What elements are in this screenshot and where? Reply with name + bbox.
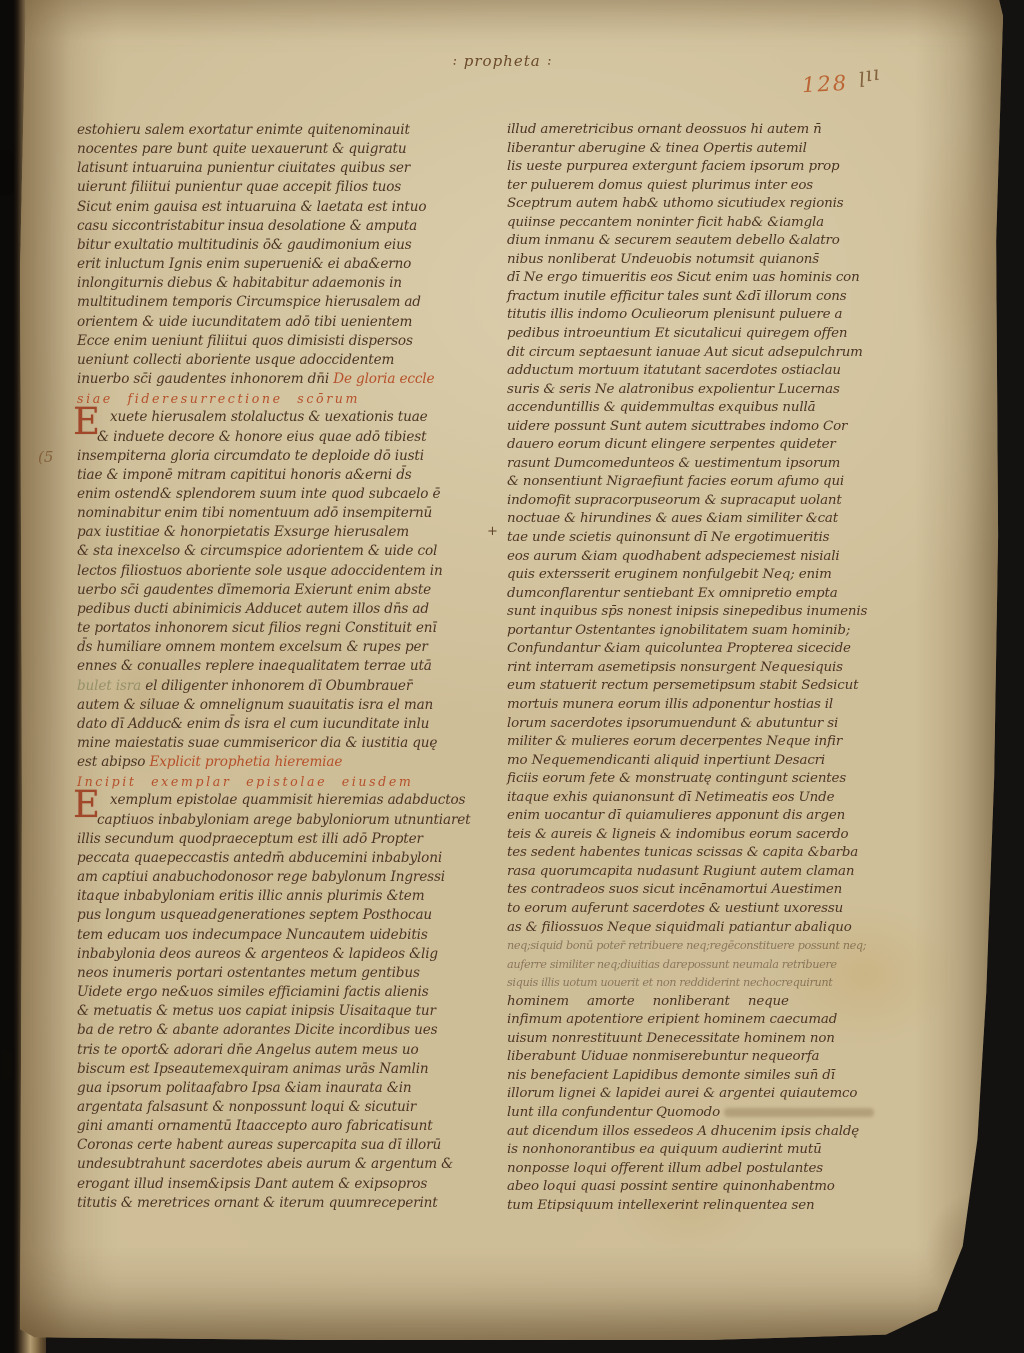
body-text: aut dicendum illos essedeos A dhucenim i…	[507, 1124, 859, 1139]
manuscript-line: auferre similiter neq;diuitias darepossu…	[507, 956, 947, 975]
body-text: uerbo sc̄i gaudentes dīmemoria Exierunt …	[77, 582, 431, 598]
manuscript-line: dato dī Adduc& enim d̄s isra el cum iucu…	[77, 715, 497, 734]
body-text: xemplum epistolae quammisit hieremias ad…	[110, 792, 465, 808]
manuscript-line: nonposse loqui offerent illum adbel post…	[507, 1160, 947, 1179]
body-text: teis & aureis & ligneis & indomibus eoru…	[507, 827, 848, 842]
body-text: xuete hierusalem stolaluctus & uexationi…	[110, 409, 428, 425]
manuscript-line: te portatos inhonorem sicut filios regni…	[77, 619, 497, 638]
manuscript-line: itaque exhis quianonsunt dī Netimeatis e…	[507, 789, 947, 808]
body-text: tum Etipsiquum intellexerint relinquente…	[507, 1198, 815, 1213]
body-text: mortuis munera eorum illis adponentur ho…	[507, 697, 833, 712]
manuscript-line: dī Ne ergo timueritis eos Sicut enim uas…	[507, 269, 947, 288]
manuscript-line: enim uocantur dī quiamulieres apponunt d…	[507, 807, 947, 826]
body-text: ba de retro & abante adorantes Dicite in…	[77, 1022, 438, 1038]
body-text: auferre similiter neq;diuitias darepossu…	[507, 958, 837, 971]
manuscript-line: latisunt intuaruina punientur ciuitates …	[77, 159, 497, 178]
manuscript-line: captiuos inbabyloniam arege babyloniorum…	[77, 811, 497, 830]
body-text: am captiui anabuchodonosor rege babylonu…	[77, 869, 445, 885]
manuscript-line: bulet isra el diligenter inhonorem dī Ob…	[77, 677, 497, 696]
manuscript-line: teis & aureis & ligneis & indomibus eoru…	[507, 826, 947, 845]
manuscript-line: uidere possunt Sunt autem sicuttrabes in…	[507, 418, 947, 437]
manuscript-line: & nonsentiunt Nigraefiunt facies eorum a…	[507, 473, 947, 492]
body-text: dauero eorum dicunt elingere serpentes q…	[507, 437, 836, 452]
body-text: Ecce enim ueniunt filiitui quos dimisist…	[77, 333, 413, 349]
manuscript-line: portantur Ostentantes ignobilitatem suam…	[507, 622, 947, 641]
manuscript-line: tem educam uos indecumpace Nuncautem uid…	[77, 926, 497, 945]
manuscript-line: illorum lignei & lapidei aurei & argente…	[507, 1085, 947, 1104]
text-column-right: illud ameretricibus ornant deossuos hi a…	[507, 121, 947, 1215]
body-text: itaque inbabyloniam eritis illic annis p…	[77, 888, 424, 904]
manuscript-line: Exuete hierusalem stolaluctus & uexation…	[77, 408, 497, 427]
body-text: nis benefacient Lapidibus demonte simile…	[507, 1068, 835, 1083]
manuscript-line: nocentes pare bunt quite uexauerunt & qu…	[77, 140, 497, 159]
manuscript-line: mine maiestatis suae cummisericor dia & …	[77, 734, 497, 753]
body-text: tes sedent habentes tunicas scissas & ca…	[507, 845, 858, 860]
manuscript-line: liberabunt Uiduae nonmiserebuntur nequeo…	[507, 1048, 947, 1067]
body-text: dit circum septaesunt ianuae Aut sicut a…	[507, 345, 863, 360]
manuscript-line: hominem amorte nonliberant neque	[507, 993, 947, 1012]
manuscript-line: eos aurum &iam quodhabent adspeciemest n…	[507, 548, 947, 567]
body-text: Sceptrum autem hab& uthomo sicutiudex re…	[507, 196, 843, 211]
body-text: uidere possunt Sunt autem sicuttrabes in…	[507, 419, 847, 434]
manuscript-line: rint interram asemetipsis nonsurgent Neq…	[507, 659, 947, 678]
manuscript-line: tes sedent habentes tunicas scissas & ca…	[507, 844, 947, 863]
manuscript-line: tes contradeos suos sicut incēnamortui A…	[507, 881, 947, 900]
manuscript-line: lunt illa confundentur Quomodo	[507, 1104, 947, 1123]
manuscript-line: est abipso Explicit prophetia hieremiae	[77, 753, 497, 772]
manuscript-line: pax iustitiae & honorpietatis Exsurge hi…	[77, 523, 497, 542]
manuscript-line: Uidete ergo ne&uos similes efficiamini f…	[77, 983, 497, 1002]
manuscript-line: rasunt Dumcomedunteos & uestimentum ipso…	[507, 455, 947, 474]
manuscript-line: Sceptrum autem hab& uthomo sicutiudex re…	[507, 195, 947, 214]
body-text: ter puluerem domus quiest plurimus inter…	[507, 178, 813, 193]
body-text: estohieru salem exortatur enimte quiteno…	[77, 122, 410, 138]
body-text: noctuae & hirundines & aues &iam similit…	[507, 511, 838, 526]
body-text: militer & mulieres eorum decerpentes Neq…	[507, 734, 842, 749]
manuscript-line: ba de retro & abante adorantes Dicite in…	[77, 1021, 497, 1040]
body-text: dī Ne ergo timueritis eos Sicut enim uas…	[507, 270, 860, 285]
body-text: biscum est Ipseautemexquiram animas urās…	[77, 1061, 429, 1077]
body-text: casu siccontristabitur insua desolatione…	[77, 218, 417, 234]
manuscript-line: am captiui anabuchodonosor rege babylonu…	[77, 868, 497, 887]
rubric-text: De gloria eccle	[333, 371, 434, 387]
manuscript-line: dauero eorum dicunt elingere serpentes q…	[507, 436, 947, 455]
body-text: neq;siquid bonū poter̄ retribuere neq;re…	[507, 939, 866, 952]
body-text: uisum nonrestituunt Denecessitate homine…	[507, 1031, 835, 1046]
body-text: infimum apotentiore eripient hominem cae…	[507, 1012, 837, 1027]
body-text: inbabylonia deos aureos & argenteos & la…	[77, 946, 438, 962]
manuscript-line: adductum mortuum itatutant sacerdotes os…	[507, 362, 947, 381]
body-text: tes contradeos suos sicut incēnamortui A…	[507, 882, 842, 897]
body-text: gini amanti ornamentū Itaaccepto auro fa…	[77, 1118, 433, 1134]
body-text: sunt inquibus sp̄s nonest inipsis sinepe…	[507, 604, 867, 619]
body-text: eum statuerit rectum persemetipsum stabi…	[507, 678, 858, 693]
body-text: & induete decore & honore eius quae adō …	[97, 429, 426, 445]
body-text: argentata falsasunt & nonpossunt loqui &…	[77, 1099, 416, 1115]
manuscript-line: mortuis munera eorum illis adponentur ho…	[507, 696, 947, 715]
manuscript-line: uierunt filiitui punientur quae accepit …	[77, 178, 497, 197]
body-text: est abipso	[77, 754, 150, 770]
body-text: rint interram asemetipsis nonsurgent Neq…	[507, 660, 843, 675]
body-text: portantur Ostentantes ignobilitatem suam…	[507, 623, 850, 638]
manuscript-line: illud ameretricibus ornant deossuos hi a…	[507, 121, 947, 140]
manuscript-line: tae unde scietis quinonsunt dī Ne ergoti…	[507, 529, 947, 548]
body-text: pax iustitiae & honorpietatis Exsurge hi…	[77, 524, 409, 540]
manuscript-line: fractum inutile efficitur tales sunt &dī…	[507, 288, 947, 307]
body-text: illorum lignei & lapidei aurei & argente…	[507, 1086, 857, 1101]
body-text: erogant illud insem&ipsis Dant autem & e…	[77, 1176, 427, 1192]
manuscript-line: erogant illud insem&ipsis Dant autem & e…	[77, 1175, 497, 1194]
manuscript-line: argentata falsasunt & nonpossunt loqui &…	[77, 1098, 497, 1117]
body-text: indomofit supracorpuseorum & supracaput …	[507, 493, 842, 508]
manuscript-line: Confundantur &iam quicoluntea Propterea …	[507, 640, 947, 659]
manuscript-line: pedibus ducti abinimicis Adducet autem i…	[77, 600, 497, 619]
manuscript-line: as & filiossuos Neque siquidmali patiant…	[507, 919, 947, 938]
manuscript-line: multitudinem temporis Circumspice hierus…	[77, 293, 497, 312]
manuscript-line: Incipit exemplar epistolae eiusdem	[77, 772, 497, 791]
body-text: Coronas certe habent aureas supercapita …	[77, 1137, 441, 1153]
manuscript-line: estohieru salem exortatur enimte quiteno…	[77, 121, 497, 140]
manuscript-line: aut dicendum illos essedeos A dhucenim i…	[507, 1123, 947, 1142]
manuscript-line: lectos filiostuos aboriente sole usque a…	[77, 562, 497, 581]
manuscript-line: illis secundum quodpraeceptum est illi a…	[77, 830, 497, 849]
manuscript-line: inbabylonia deos aureos & argenteos & la…	[77, 945, 497, 964]
body-text: as & filiossuos Neque siquidmali patiant…	[507, 920, 852, 935]
body-text: dato dī Adduc& enim d̄s isra el cum iucu…	[77, 716, 429, 732]
body-text: dumconflarentur sentiebant Ex omnipretio…	[507, 586, 838, 601]
manuscript-line: dium inmanu & securem seautem debello &a…	[507, 232, 947, 251]
manuscript-line: tum Etipsiquum intellexerint relinquente…	[507, 1197, 947, 1216]
body-text: orientem & uide iucunditatem adō tibi ue…	[77, 314, 412, 330]
body-text: inuerbo sc̄i gaudentes inhonorem dn̄i	[77, 371, 333, 387]
body-text: hominem amorte nonliberant neque	[507, 994, 789, 1009]
manuscript-line: neq;siquid bonū poter̄ retribuere neq;re…	[507, 937, 947, 956]
body-text: rasa quorumcapita nudasunt Rugiunt autem…	[507, 864, 854, 879]
body-text: enim ostend& splendorem suum inte quod s…	[77, 486, 440, 502]
manuscript-line: indomofit supracorpuseorum & supracaput …	[507, 492, 947, 511]
body-text: accenduntillis & quidemmultas exquibus n…	[507, 400, 815, 415]
body-text: multitudinem temporis Circumspice hierus…	[77, 294, 421, 310]
body-text: nocentes pare bunt quite uexauerunt & qu…	[77, 141, 406, 157]
rubric-text: Incipit exemplar epistolae eiusdem	[77, 774, 413, 789]
manuscript-line: uerbo sc̄i gaudentes dīmemoria Exierunt …	[77, 581, 497, 600]
manuscript-line: tiae & imponē mitram capititui honoris a…	[77, 466, 497, 485]
manuscript-line: itaque inbabyloniam eritis illic annis p…	[77, 887, 497, 906]
manuscript-line: nis benefacient Lapidibus demonte simile…	[507, 1067, 947, 1086]
manuscript-line: insempiterna gloria circumdato te deploi…	[77, 447, 497, 466]
manuscript-line: lorum sacerdotes ipsorumuendunt & abutun…	[507, 715, 947, 734]
body-text: enim uocantur dī quiamulieres apponunt d…	[507, 808, 845, 823]
manuscript-line: Exemplum epistolae quammisit hieremias a…	[77, 791, 497, 810]
manuscript-line: accenduntillis & quidemmultas exquibus n…	[507, 399, 947, 418]
body-text: quis extersserit eruginem nonfulgebit Ne…	[507, 567, 832, 582]
body-text: liberabunt Uiduae nonmiserebuntur nequeo…	[507, 1049, 819, 1064]
manuscript-line: titutis & meretrices ornant & iterum quu…	[77, 1194, 497, 1213]
folio-number: 128	[801, 71, 848, 97]
manuscript-line: pedibus introeuntium Et sicutalicui quir…	[507, 325, 947, 344]
manuscript-line: ueniunt collecti aboriente usque adoccid…	[77, 351, 497, 370]
body-text: inlongiturnis diebus & habitabitur adaem…	[77, 275, 402, 291]
margin-annotation: (5	[38, 448, 53, 466]
manuscript-line: rasa quorumcapita nudasunt Rugiunt autem…	[507, 863, 947, 882]
manuscript-line: infimum apotentiore eripient hominem cae…	[507, 1011, 947, 1030]
rubric-text: siae fideresurrectione scōrum	[77, 391, 360, 406]
manuscript-line: nibus nonliberat Undeuobis notumsit quia…	[507, 251, 947, 270]
body-text: lunt illa confundentur Quomodo	[507, 1105, 724, 1120]
manuscript-line: quiinse peccantem noninter ficit hab& &i…	[507, 214, 947, 233]
body-text: autem & siluae & omnelignum suauitatis i…	[77, 697, 433, 713]
body-text: is nonhonorantibus ea quiquum audierint …	[507, 1142, 822, 1157]
body-text: lorum sacerdotes ipsorumuendunt & abutun…	[507, 716, 838, 731]
body-text: bitur exultatio multitudinis ō& gaudimon…	[77, 237, 412, 253]
manuscript-line: lis ueste purpurea extergunt faciem ipso…	[507, 158, 947, 177]
body-text: pedibus ducti abinimicis Adducet autem i…	[77, 601, 429, 617]
manuscript-line: & induete decore & honore eius quae adō …	[77, 428, 497, 447]
body-text: lectos filiostuos aboriente sole usque a…	[77, 563, 443, 579]
manuscript-line: siquis illis uotum uouerit et non reddid…	[507, 974, 947, 993]
gutter-shadow-notch	[0, 150, 14, 196]
manuscript-line: Ecce enim ueniunt filiitui quos dimisist…	[77, 332, 497, 351]
manuscript-line: autem & siluae & omnelignum suauitatis i…	[77, 696, 497, 715]
body-text: ennes & conualles replere inaequalitatem…	[77, 658, 432, 674]
manuscript-line: pus longum usqueadgenerationes septem Po…	[77, 906, 497, 925]
body-text: te portatos inhonorem sicut filios regni…	[77, 620, 437, 636]
manuscript-line: Coronas certe habent aureas supercapita …	[77, 1136, 497, 1155]
body-text: adductum mortuum itatutant sacerdotes os…	[507, 363, 841, 378]
manuscript-line: Sicut enim gauisa est intuaruina & laeta…	[77, 198, 497, 217]
manuscript-line: & sta inexcelso & circumspice adorientem…	[77, 542, 497, 561]
manuscript-line: inlongiturnis diebus & habitabitur adaem…	[77, 274, 497, 293]
body-text: d̄s humiliare omnem montem excelsum & ru…	[77, 639, 428, 655]
body-text: lis ueste purpurea extergunt faciem ipso…	[507, 159, 839, 174]
manuscript-line: & metuatis & metus uos capiat inipsis Ui…	[77, 1002, 497, 1021]
body-text: ueniunt collecti aboriente usque adoccid…	[77, 352, 394, 368]
rubric-text: Explicit prophetia hieremiae	[150, 754, 343, 770]
text-column-left: estohieru salem exortatur enimte quiteno…	[77, 121, 497, 1213]
body-text: uierunt filiitui punientur quae accepit …	[77, 179, 401, 195]
body-text: liberantur aberugine & tinea Opertis aut…	[507, 141, 807, 156]
body-text: mine maiestatis suae cummisericor dia & …	[77, 735, 437, 751]
manuscript-line: casu siccontristabitur insua desolatione…	[77, 217, 497, 236]
body-text: pus longum usqueadgenerationes septem Po…	[77, 907, 432, 923]
body-text: bulet isra	[77, 678, 141, 694]
body-text: eos aurum &iam quodhabent adspeciemest n…	[507, 549, 840, 564]
body-text: dium inmanu & securem seautem debello &a…	[507, 233, 840, 248]
body-text: quiinse peccantem noninter ficit hab& &i…	[507, 215, 824, 230]
manuscript-line: d̄s humiliare omnem montem excelsum & ru…	[77, 638, 497, 657]
gutter-shadow-notch	[2, 1050, 12, 1080]
manuscript-line: eum statuerit rectum persemetipsum stabi…	[507, 677, 947, 696]
body-text: ficiis eorum fete & monstruatę contingun…	[507, 771, 846, 786]
running-title: ꞉ propheta ꞉	[452, 52, 552, 71]
body-text: tem educam uos indecumpace Nuncautem uid…	[77, 927, 428, 943]
body-text: tris te oport& adorari dn̄e Angelus aute…	[77, 1042, 419, 1058]
body-text: suris & seris Ne alatronibus expolientur…	[507, 382, 840, 397]
body-text: titutis & meretrices ornant & iterum quu…	[77, 1195, 438, 1211]
manuscript-line: noctuae & hirundines & aues &iam similit…	[507, 510, 947, 529]
body-text: mo Nequemendicanti aliquid inpertiunt De…	[507, 753, 825, 768]
manuscript-line: orientem & uide iucunditatem adō tibi ue…	[77, 313, 497, 332]
manuscript-line: inuerbo sc̄i gaudentes inhonorem dn̄i De…	[77, 370, 497, 389]
manuscript-line: liberantur aberugine & tinea Opertis aut…	[507, 140, 947, 159]
body-text: itaque exhis quianonsunt dī Netimeatis e…	[507, 790, 834, 805]
body-text: nonposse loqui offerent illum adbel post…	[507, 1161, 823, 1176]
manuscript-line: biscum est Ipseautemexquiram animas urās…	[77, 1060, 497, 1079]
manuscript-line: tris te oport& adorari dn̄e Angelus aute…	[77, 1041, 497, 1060]
body-text: to eorum auferunt sacerdotes & uestiunt …	[507, 901, 843, 916]
manuscript-line: bitur exultatio multitudinis ō& gaudimon…	[77, 236, 497, 255]
manuscript-line: ficiis eorum fete & monstruatę contingun…	[507, 770, 947, 789]
body-text: latisunt intuaruina punientur ciuitates …	[77, 160, 410, 176]
body-text: titutis illis indomo Oculieorum plenisun…	[507, 307, 842, 322]
manuscript-line: siae fideresurrectione scōrum	[77, 389, 497, 408]
manuscript-line: quis extersserit eruginem nonfulgebit Ne…	[507, 566, 947, 585]
manuscript-line: mo Nequemendicanti aliquid inpertiunt De…	[507, 752, 947, 771]
manuscript-line: to eorum auferunt sacerdotes & uestiunt …	[507, 900, 947, 919]
body-text: abeo loqui quasi possint sentire quinonh…	[507, 1179, 835, 1194]
manuscript-line: erit inluctum Ignis enim superueni& ei a…	[77, 255, 497, 274]
body-text: captiuos inbabyloniam arege babyloniorum…	[97, 812, 471, 828]
body-text: el diligenter inhonorem dī Obumbrauer̄	[141, 678, 412, 694]
manuscript-line: militer & mulieres eorum decerpentes Neq…	[507, 733, 947, 752]
manuscript-line: uisum nonrestituunt Denecessitate homine…	[507, 1030, 947, 1049]
body-text: illud ameretricibus ornant deossuos hi a…	[507, 122, 822, 137]
body-text: nibus nonliberat Undeuobis notumsit quia…	[507, 252, 819, 267]
manuscript-line: titutis illis indomo Oculieorum plenisun…	[507, 306, 947, 325]
manuscript-line: dit circum septaesunt ianuae Aut sicut a…	[507, 344, 947, 363]
body-text: nominabitur enim tibi nomentuum adō inse…	[77, 505, 432, 521]
body-text: rasunt Dumcomedunteos & uestimentum ipso…	[507, 456, 840, 471]
body-text: gua ipsorum politaafabro Ipsa &iam inaur…	[77, 1080, 412, 1096]
body-text: peccata quaepeccastis antedm̄ abducemini…	[77, 850, 442, 866]
manuscript-line: gini amanti ornamentū Itaaccepto auro fa…	[77, 1117, 497, 1136]
manuscript-line: gua ipsorum politaafabro Ipsa &iam inaur…	[77, 1079, 497, 1098]
body-text: tae unde scietis quinonsunt dī Ne ergoti…	[507, 530, 829, 545]
manuscript-line: is nonhonorantibus ea quiquum audierint …	[507, 1141, 947, 1160]
body-text: fractum inutile efficitur tales sunt &dī…	[507, 289, 847, 304]
erasure-smudge	[724, 1108, 874, 1117]
body-text: illis secundum quodpraeceptum est illi a…	[77, 831, 423, 847]
manuscript-line: undesubtrahunt sacerdotes abeis aurum & …	[77, 1155, 497, 1174]
body-text: Confundantur &iam quicoluntea Propterea …	[507, 641, 851, 656]
manuscript-line: ennes & conualles replere inaequalitatem…	[77, 657, 497, 676]
manuscript-line: neos inumeris portari ostentantes metum …	[77, 964, 497, 983]
body-text: pedibus introeuntium Et sicutalicui quir…	[507, 326, 847, 341]
body-text: siquis illis uotum uouerit et non reddid…	[507, 976, 832, 989]
body-text: tiae & imponē mitram capititui honoris a…	[77, 467, 412, 483]
body-text: undesubtrahunt sacerdotes abeis aurum & …	[77, 1156, 453, 1172]
manuscript-line: abeo loqui quasi possint sentire quinonh…	[507, 1178, 947, 1197]
body-text: & nonsentiunt Nigraefiunt facies eorum a…	[507, 474, 844, 489]
manuscript-line: dumconflarentur sentiebant Ex omnipretio…	[507, 585, 947, 604]
manuscript-line: suris & seris Ne alatronibus expolientur…	[507, 381, 947, 400]
body-text: & metuatis & metus uos capiat inipsis Ui…	[77, 1003, 436, 1019]
body-text: erit inluctum Ignis enim superueni& ei a…	[77, 256, 411, 272]
manuscript-line: peccata quaepeccastis antedm̄ abducemini…	[77, 849, 497, 868]
quire-mark: ꞁıı	[856, 61, 881, 88]
manuscript-line: sunt inquibus sp̄s nonest inipsis sinepe…	[507, 603, 947, 622]
manuscript-line: nominabitur enim tibi nomentuum adō inse…	[77, 504, 497, 523]
manuscript-line: enim ostend& splendorem suum inte quod s…	[77, 485, 497, 504]
manuscript-line: ter puluerem domus quiest plurimus inter…	[507, 177, 947, 196]
body-text: neos inumeris portari ostentantes metum …	[77, 965, 420, 981]
body-text: insempiterna gloria circumdato te deploi…	[77, 448, 424, 464]
body-text: Sicut enim gauisa est intuaruina & laeta…	[77, 199, 426, 215]
body-text: Uidete ergo ne&uos similes efficiamini f…	[77, 984, 429, 1000]
body-text: & sta inexcelso & circumspice adorientem…	[77, 543, 437, 559]
